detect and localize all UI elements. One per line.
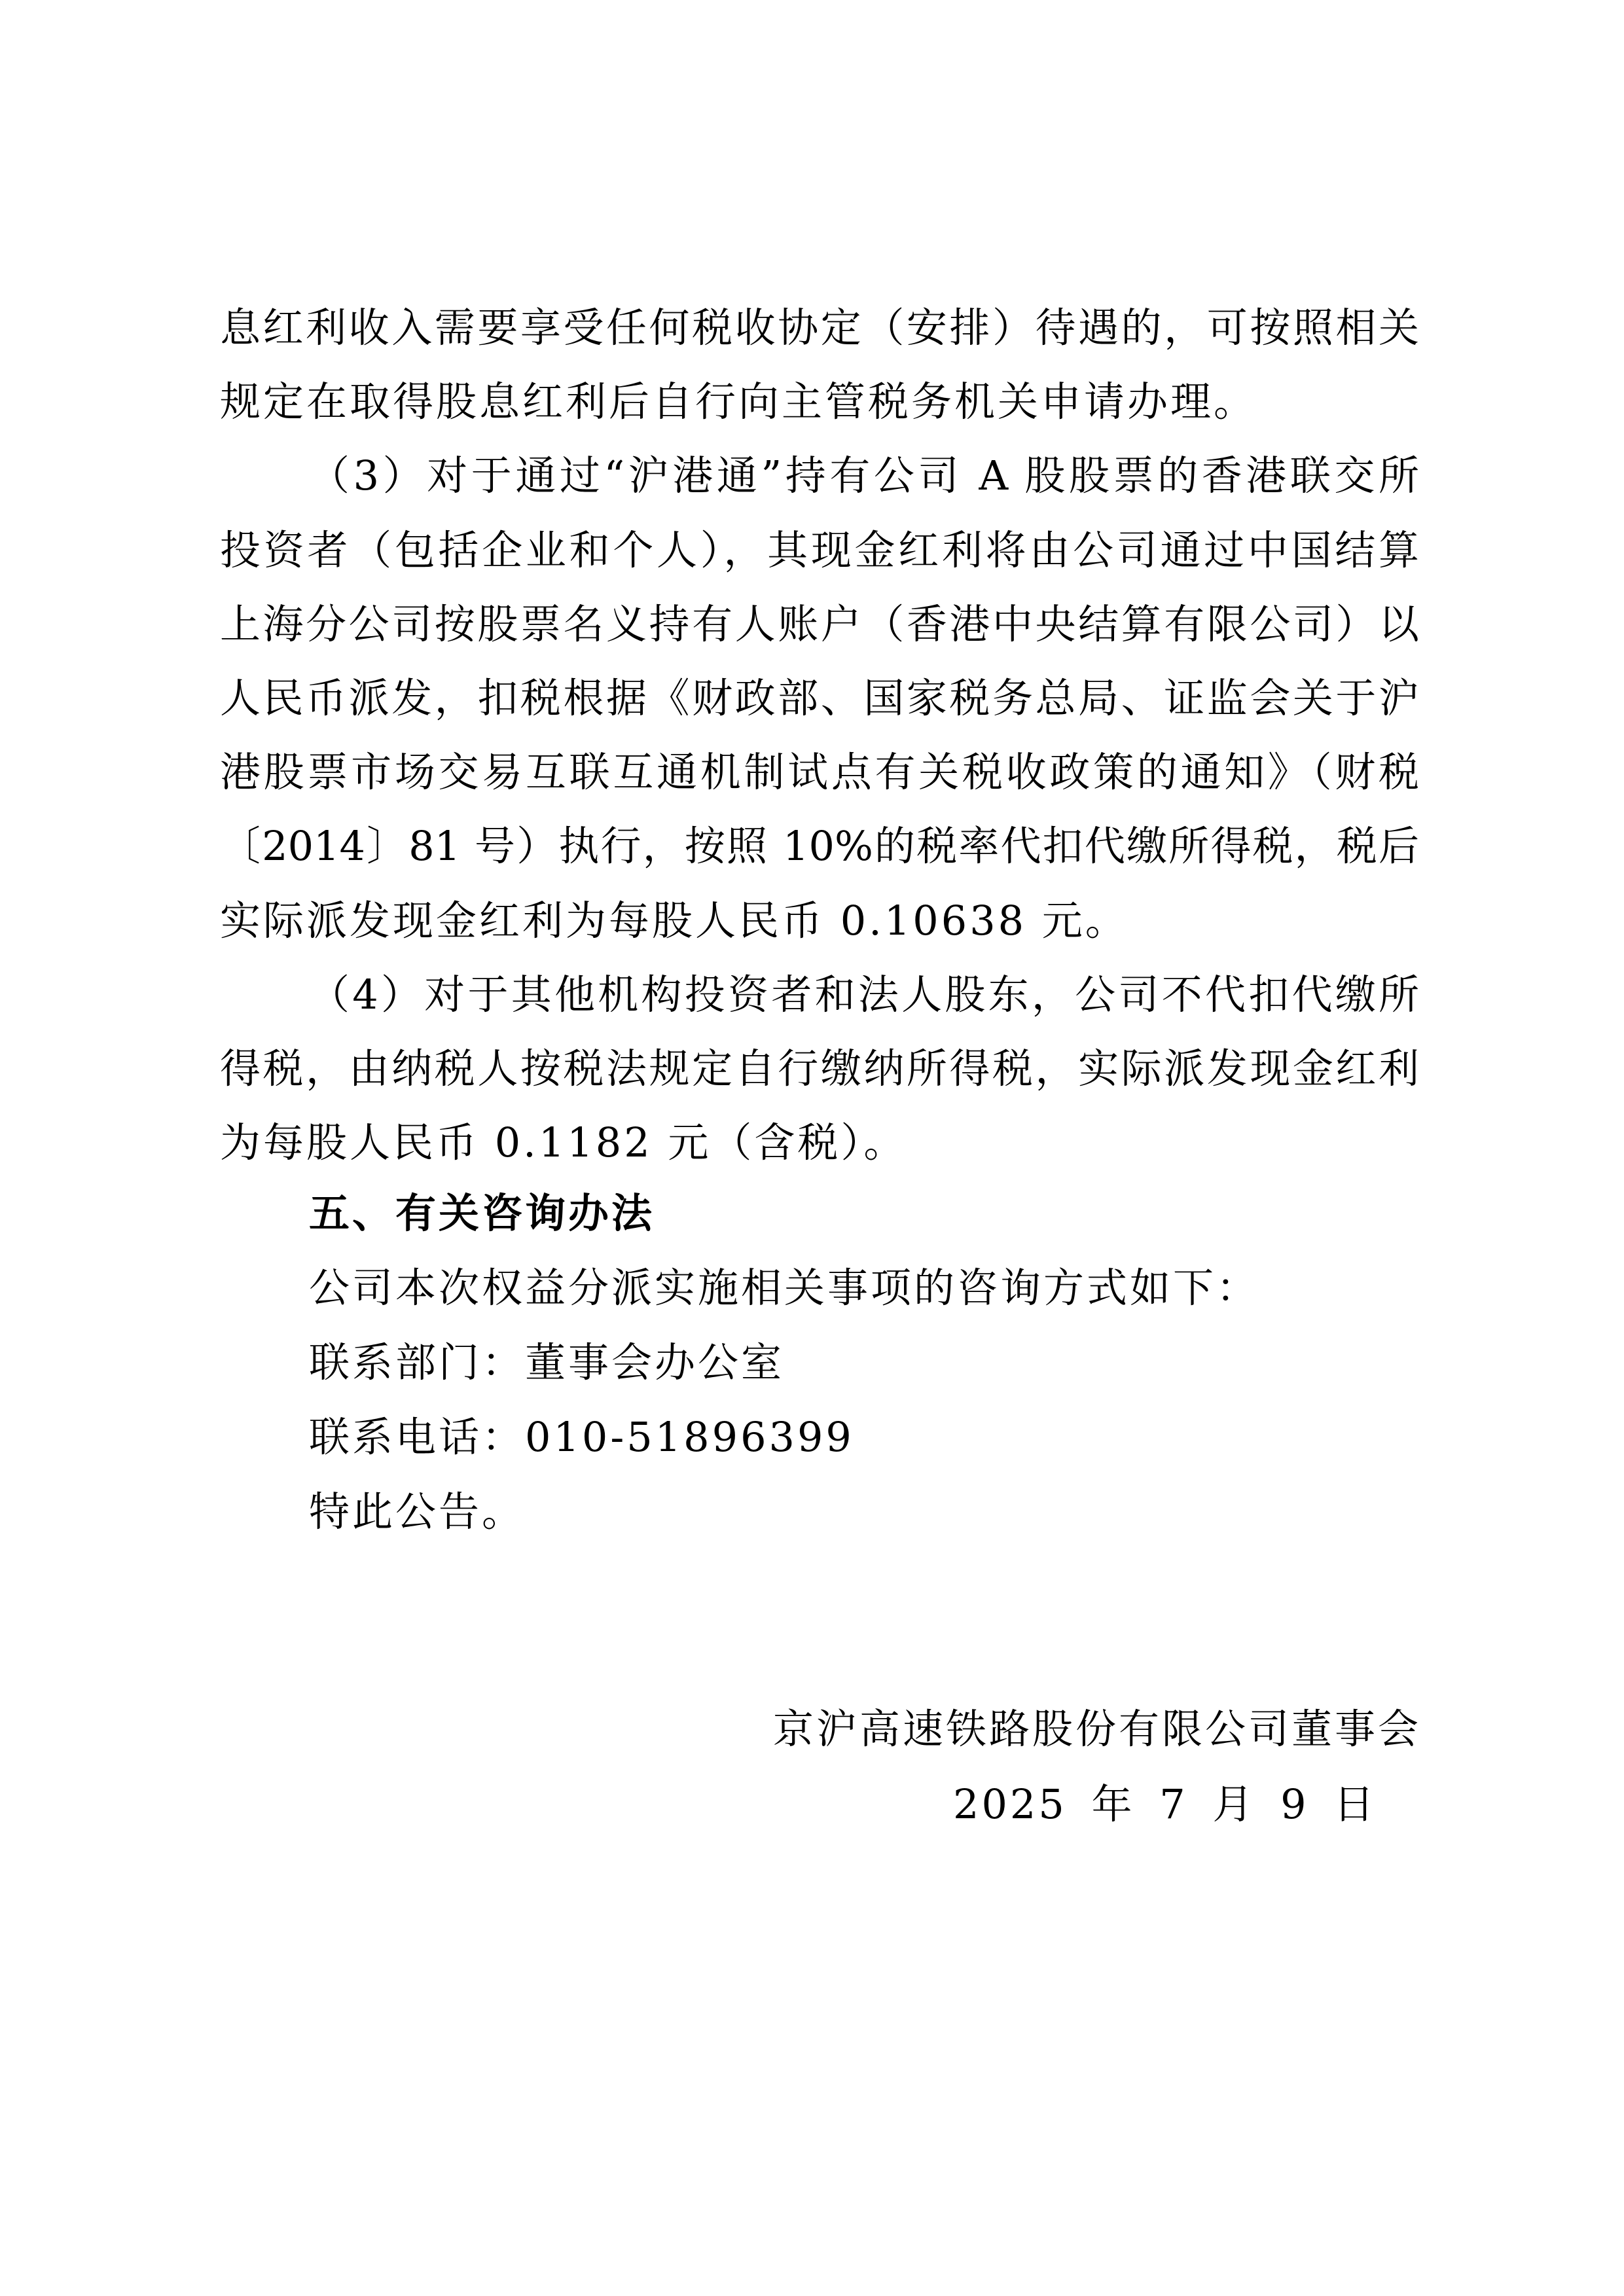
paragraph-line: 港股票市场交易互联互通机制试点有关税收政策的通知》（财税 bbox=[220, 735, 1419, 810]
paragraph-line: 〔2014〕81 号）执行，按照 10%的税率代扣代缴所得税，税后 bbox=[220, 809, 1419, 884]
paragraph-line: 得税，由纳税人按税法规定自行缴纳所得税，实际派发现金红利 bbox=[220, 1031, 1419, 1106]
document-page: 息红利收入需要享受任何税收协定（安排）待遇的，可按照相关 规定在取得股息红利后自… bbox=[0, 0, 1624, 2296]
signature-date: 2025 年 7 月 9 日 bbox=[953, 1767, 1377, 1842]
paragraph-3-first-line: （3）对于通过“沪港通”持有公司 A 股股票的香港联交所 bbox=[309, 439, 1419, 513]
contact-phone: 联系电话：010-51896399 bbox=[309, 1400, 1419, 1475]
signature-company: 京沪高速铁路股份有限公司董事会 bbox=[773, 1692, 1421, 1767]
section-heading: 五、有关咨询办法 bbox=[309, 1176, 1419, 1251]
consult-intro: 公司本次权益分派实施相关事项的咨询方式如下： bbox=[309, 1251, 1419, 1325]
paragraph-line: 规定在取得股息红利后自行向主管税务机关申请办理。 bbox=[220, 365, 1419, 439]
paragraph-line: 息红利收入需要享受任何税收协定（安排）待遇的，可按照相关 bbox=[220, 291, 1419, 365]
closing-statement: 特此公告。 bbox=[309, 1475, 1419, 1549]
paragraph-line: 上海分公司按股票名义持有人账户（香港中央结算有限公司）以 bbox=[220, 587, 1419, 662]
paragraph-line: 人民币派发，扣税根据《财政部、国家税务总局、证监会关于沪 bbox=[220, 661, 1419, 736]
paragraph-line: 投资者（包括企业和个人），其现金红利将由公司通过中国结算 bbox=[220, 513, 1419, 588]
contact-department: 联系部门：董事会办公室 bbox=[309, 1325, 1419, 1400]
paragraph-line: 为每股人民币 0.1182 元（含税）。 bbox=[220, 1105, 1419, 1180]
paragraph-line: 实际派发现金红利为每股人民币 0.10638 元。 bbox=[220, 884, 1419, 958]
paragraph-4-first-line: （4）对于其他机构投资者和法人股东，公司不代扣代缴所 bbox=[309, 958, 1419, 1032]
